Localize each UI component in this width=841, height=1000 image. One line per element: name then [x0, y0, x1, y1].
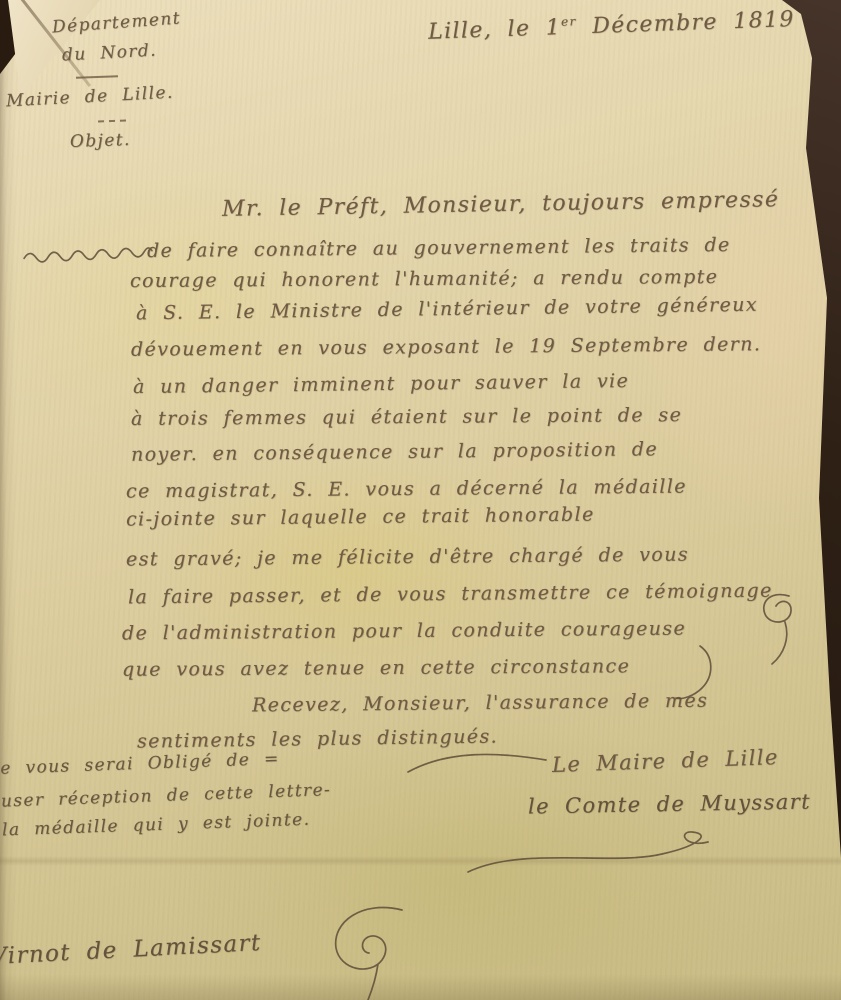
flourish-curl-circonstance [672, 642, 718, 708]
flourish-curl-temoignage [757, 588, 807, 672]
body-line: courage qui honorent l'humanité; a rendu… [130, 267, 718, 292]
verso-signature-flourish [322, 900, 412, 1000]
dateline-day-suffix: er [561, 14, 577, 29]
letterhead-subject-label: Objet. [70, 131, 131, 152]
photo-of-letter: Département du Nord. Mairie de Lille. Ob… [0, 0, 841, 1000]
dateline-month: Décembre [592, 10, 718, 39]
dateline-place: Lille, le [428, 16, 531, 45]
signature-paraph [462, 820, 740, 882]
flourish-before-signature [406, 744, 550, 776]
body-line: que vous avez tenue en cette circonstanc… [122, 656, 630, 680]
body-line: à trois femmes qui étaient sur le point … [131, 405, 682, 430]
signature-name-line: le Comte de Muyssart [528, 791, 811, 819]
dateline-day: 1 [545, 15, 561, 41]
dateline-year: 1819 [733, 7, 795, 34]
